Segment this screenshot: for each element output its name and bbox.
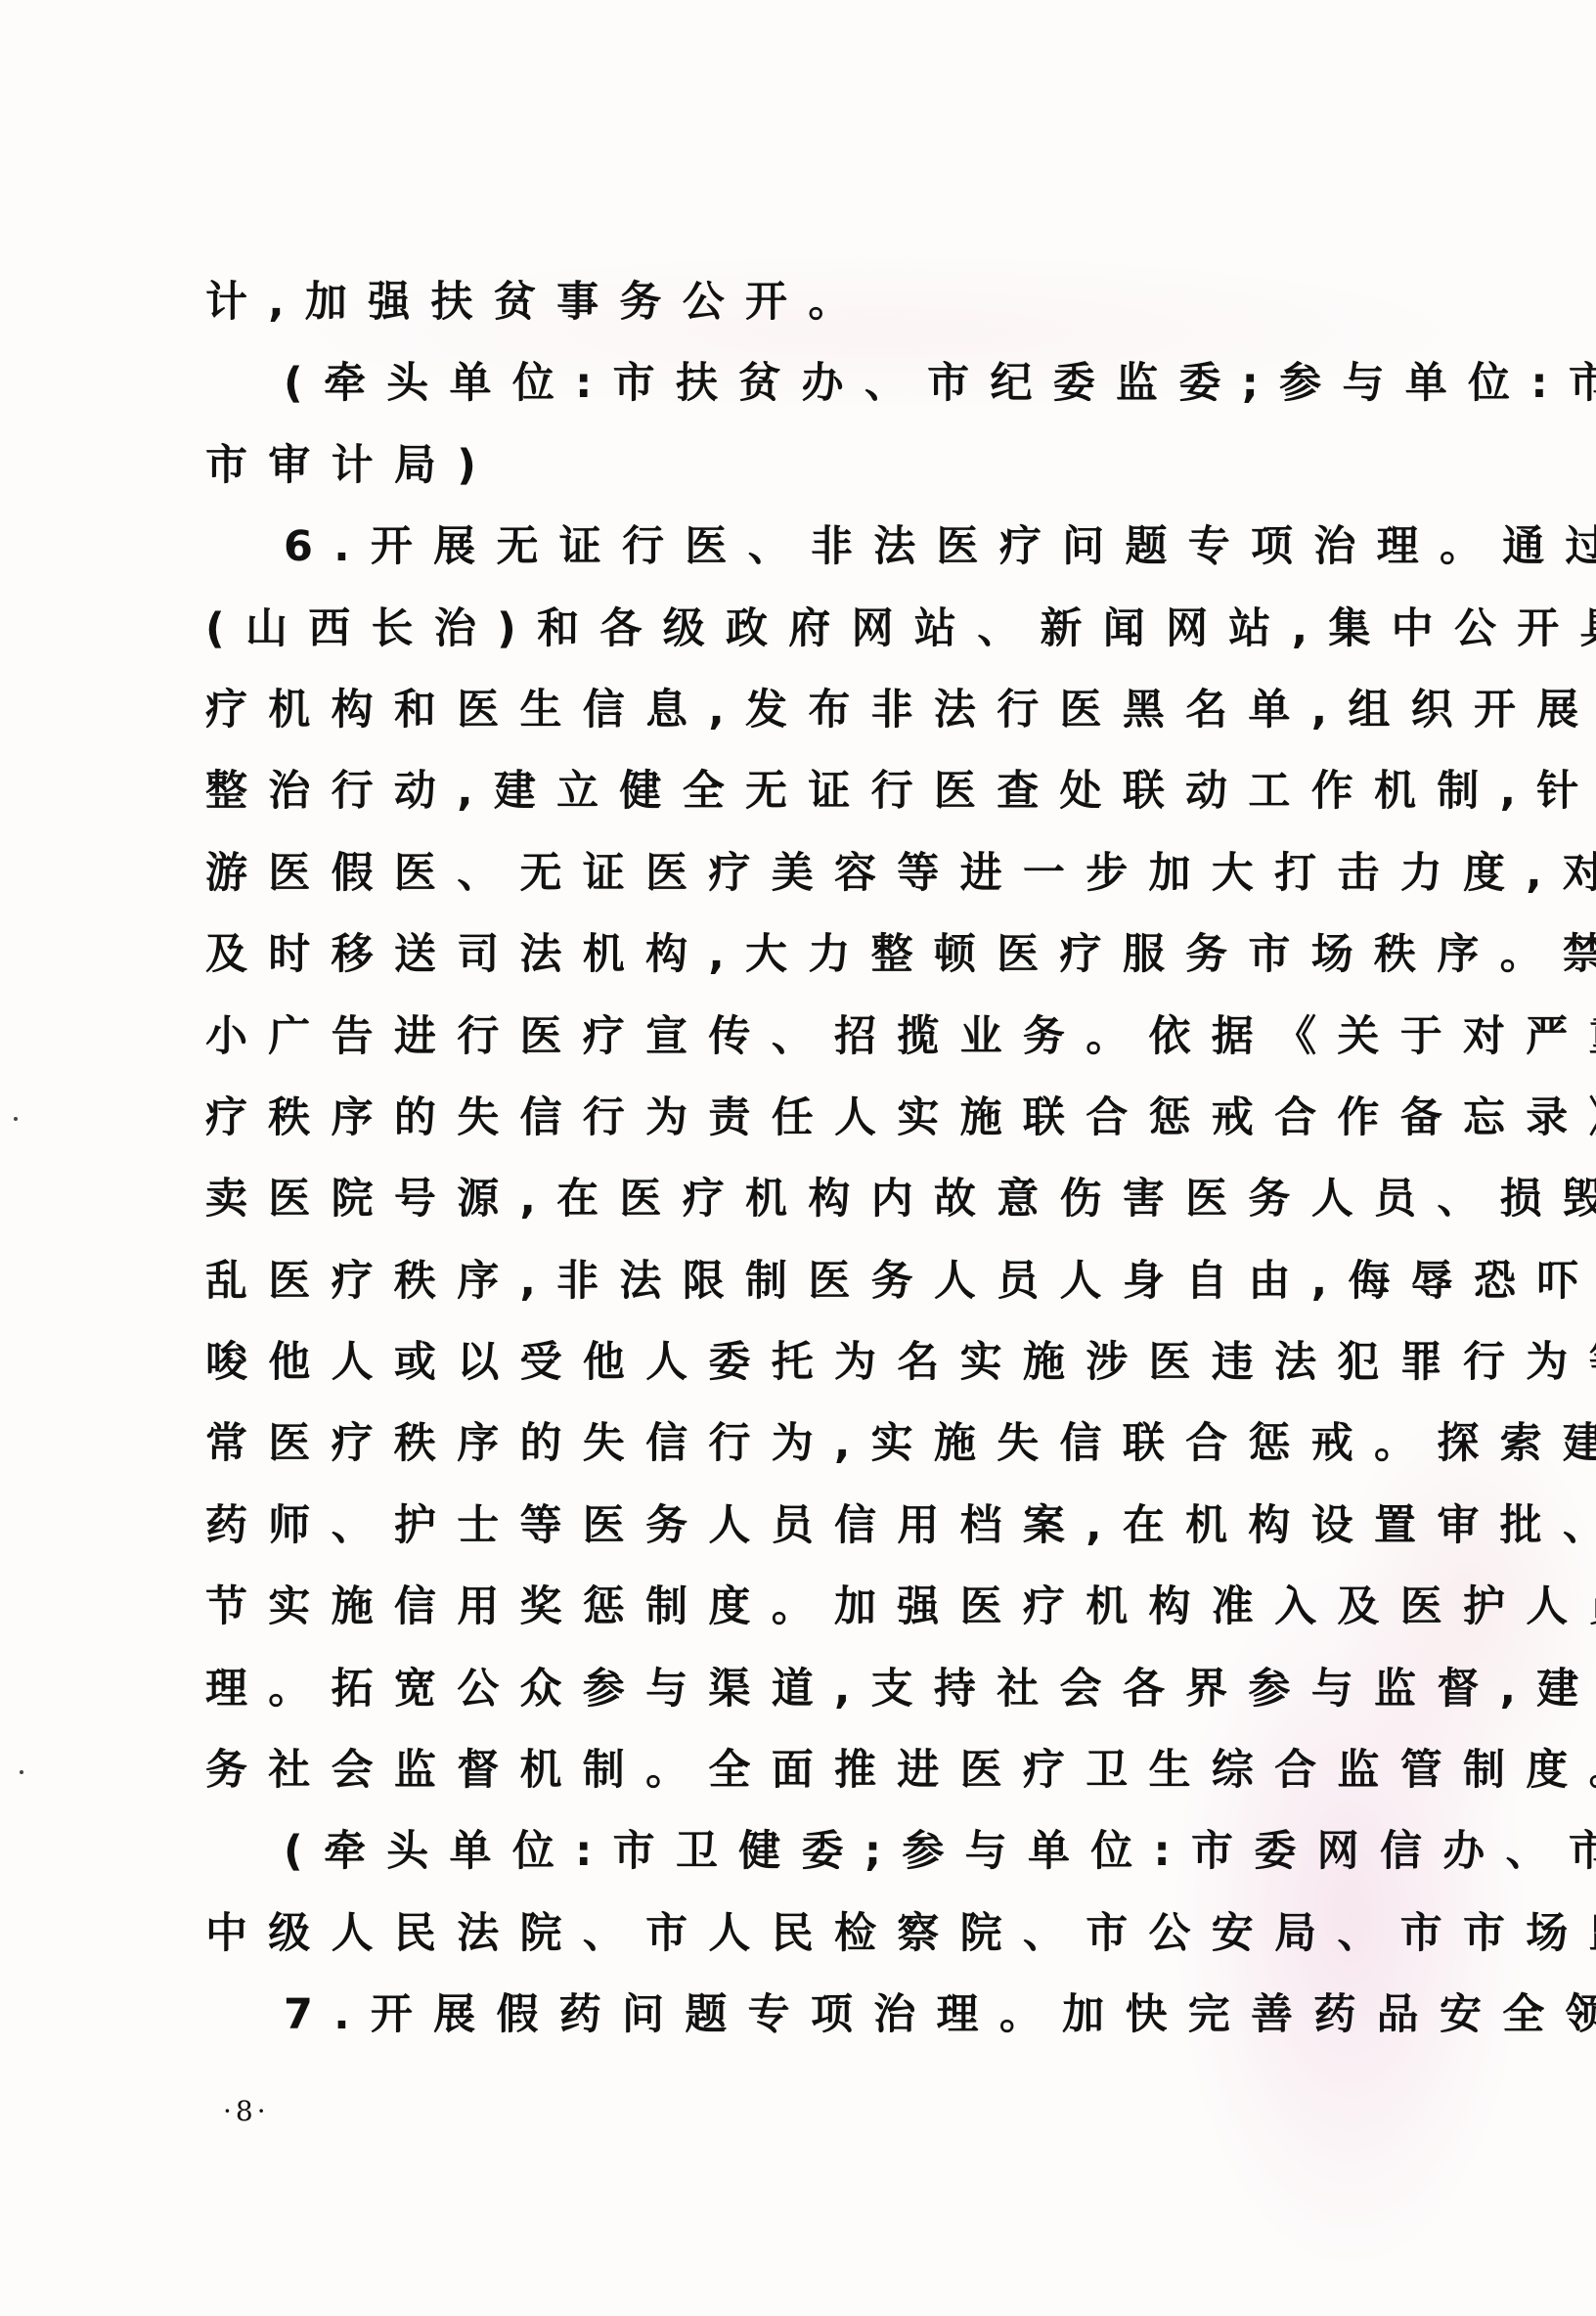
responsible-units-line: (牵头单位:市卫健委;参与单位:市委网信办、市发改委、市 <box>205 1811 1428 1893</box>
text-line: 小广告进行医疗宣传、招揽业务。依据《关于对严重危害正常医 <box>205 997 1428 1078</box>
text-line: 乱医疗秩序,非法限制医务人员人身自由,侮辱恐吓医务人员,教 <box>205 1241 1428 1322</box>
text-line: 理。拓宽公众参与渠道,支持社会各界参与监督,建立健全医疗服 <box>205 1649 1428 1730</box>
text-line: 节实施信用奖惩制度。加强医疗机构准入及医护人员档案信息管 <box>205 1567 1428 1648</box>
text-line: 计,加强扶贫事务公开。 <box>205 262 1428 343</box>
text-line: 市审计局) <box>205 425 1428 507</box>
scan-speck <box>512 1995 515 1998</box>
text-line: 卖医院号源,在医疗机构内故意伤害医务人员、损毁公私财物,扰 <box>205 1159 1428 1240</box>
scan-speck <box>20 1770 23 1774</box>
responsible-units-line: (牵头单位:市扶贫办、市纪委监委;参与单位:市委巡察办、 <box>205 343 1428 424</box>
section-7-heading-line: 7.开展假药问题专项治理。加快完善药品安全领域信用制 <box>205 1975 1428 2056</box>
text-line: 中级人民法院、市人民检察院、市公安局、市市场监督管理局) <box>205 1893 1428 1975</box>
text-line: 疗秩序的失信行为责任人实施联合惩戒合作备忘录》,依法对倒 <box>205 1078 1428 1159</box>
scanned-page: 计,加强扶贫事务公开。 (牵头单位:市扶贫办、市纪委监委;参与单位:市委巡察办、… <box>0 0 1596 2316</box>
text-line: 务社会监督机制。全面推进医疗卫生综合监管制度。 <box>205 1730 1428 1811</box>
text-line: 及时移送司法机构,大力整顿医疗服务市场秩序。禁止利用非法 <box>205 914 1428 996</box>
scan-speck <box>14 1117 18 1121</box>
text-line: 疗机构和医生信息,发布非法行医黑名单,组织开展非法行医专项 <box>205 670 1428 751</box>
text-line: (山西长治)和各级政府网站、新闻网站,集中公开具有资质的医 <box>205 589 1428 670</box>
section-6-heading-line: 6.开展无证行医、非法医疗问题专项治理。通过“信用中国 <box>205 507 1428 588</box>
text-line: 药师、护士等医务人员信用档案,在机构设置审批、执业登记等环 <box>205 1486 1428 1567</box>
text-line: 游医假医、无证医疗美容等进一步加大打击力度,对违法犯罪案件 <box>205 833 1428 914</box>
body-text: 计,加强扶贫事务公开。 (牵头单位:市扶贫办、市纪委监委;参与单位:市委巡察办、… <box>205 262 1428 2057</box>
text-line: 整治行动,建立健全无证行医查处联动工作机制,针对“黑诊所”、 <box>205 751 1428 832</box>
text-line: 唆他人或以受他人委托为名实施涉医违法犯罪行为等严重危害正 <box>205 1322 1428 1403</box>
page-number: ·8· <box>223 2095 270 2127</box>
text-line: 常医疗秩序的失信行为,实施失信联合惩戒。探索建立执业医师、 <box>205 1403 1428 1485</box>
